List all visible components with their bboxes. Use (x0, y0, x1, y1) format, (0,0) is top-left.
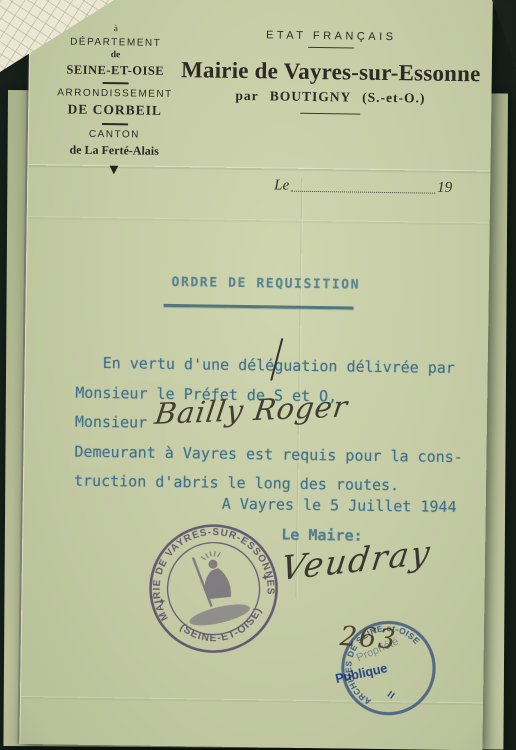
divider (300, 113, 360, 115)
date-prefix: Le (274, 177, 289, 194)
town-title: Mairie de Vayres-sur-Essonne (181, 57, 481, 87)
handwritten-archive-number: 263 (339, 621, 398, 656)
canton-name: de La Ferté-Alais (47, 143, 182, 157)
state-label: ETAT FRANÇAIS (181, 28, 481, 44)
dotted-leader (291, 191, 435, 194)
canton-label: CANTON (47, 129, 182, 141)
background-corner (492, 0, 516, 68)
divider (102, 82, 128, 84)
arrondissement-label: ARRONDISSEMENT (47, 88, 182, 100)
town-subtitle: par BOUTIGNY (S.-et-O.) (180, 87, 480, 107)
order-title-underline (164, 304, 354, 309)
letterhead-left-block: à DÉPARTEMENT de SEINE-ET-OISE ARRONDISS… (46, 23, 183, 178)
letterhead-right-block: ETAT FRANÇAIS Mairie de Vayres-sur-Esson… (180, 28, 481, 116)
municipal-round-stamp: MAIRIE DE VAYRES-SUR-ESSONNES (SEINE-ET-… (111, 486, 315, 690)
triangle-marker-icon: ▼ (46, 162, 181, 179)
department-name: SEINE-ET-OISE (48, 63, 183, 77)
fold-crease (28, 216, 490, 225)
marianne-figure-icon (175, 546, 252, 630)
date-year: 19 (437, 180, 452, 197)
arrondissement-name: DE CORBEIL (47, 102, 182, 117)
date-line: Le 19 (274, 177, 452, 196)
divider (308, 47, 354, 49)
star-icon: ✦ (157, 596, 167, 608)
department-de: de (48, 50, 183, 61)
department-label: DÉPARTEMENT (48, 37, 183, 49)
scanned-document-photo: à DÉPARTEMENT de SEINE-ET-OISE ARRONDISS… (0, 0, 516, 750)
divider (102, 123, 128, 125)
order-title: ORDRE DE REQUISITION (156, 275, 376, 293)
requisition-document-sheet: à DÉPARTEMENT de SEINE-ET-OISE ARRONDISS… (19, 0, 493, 750)
